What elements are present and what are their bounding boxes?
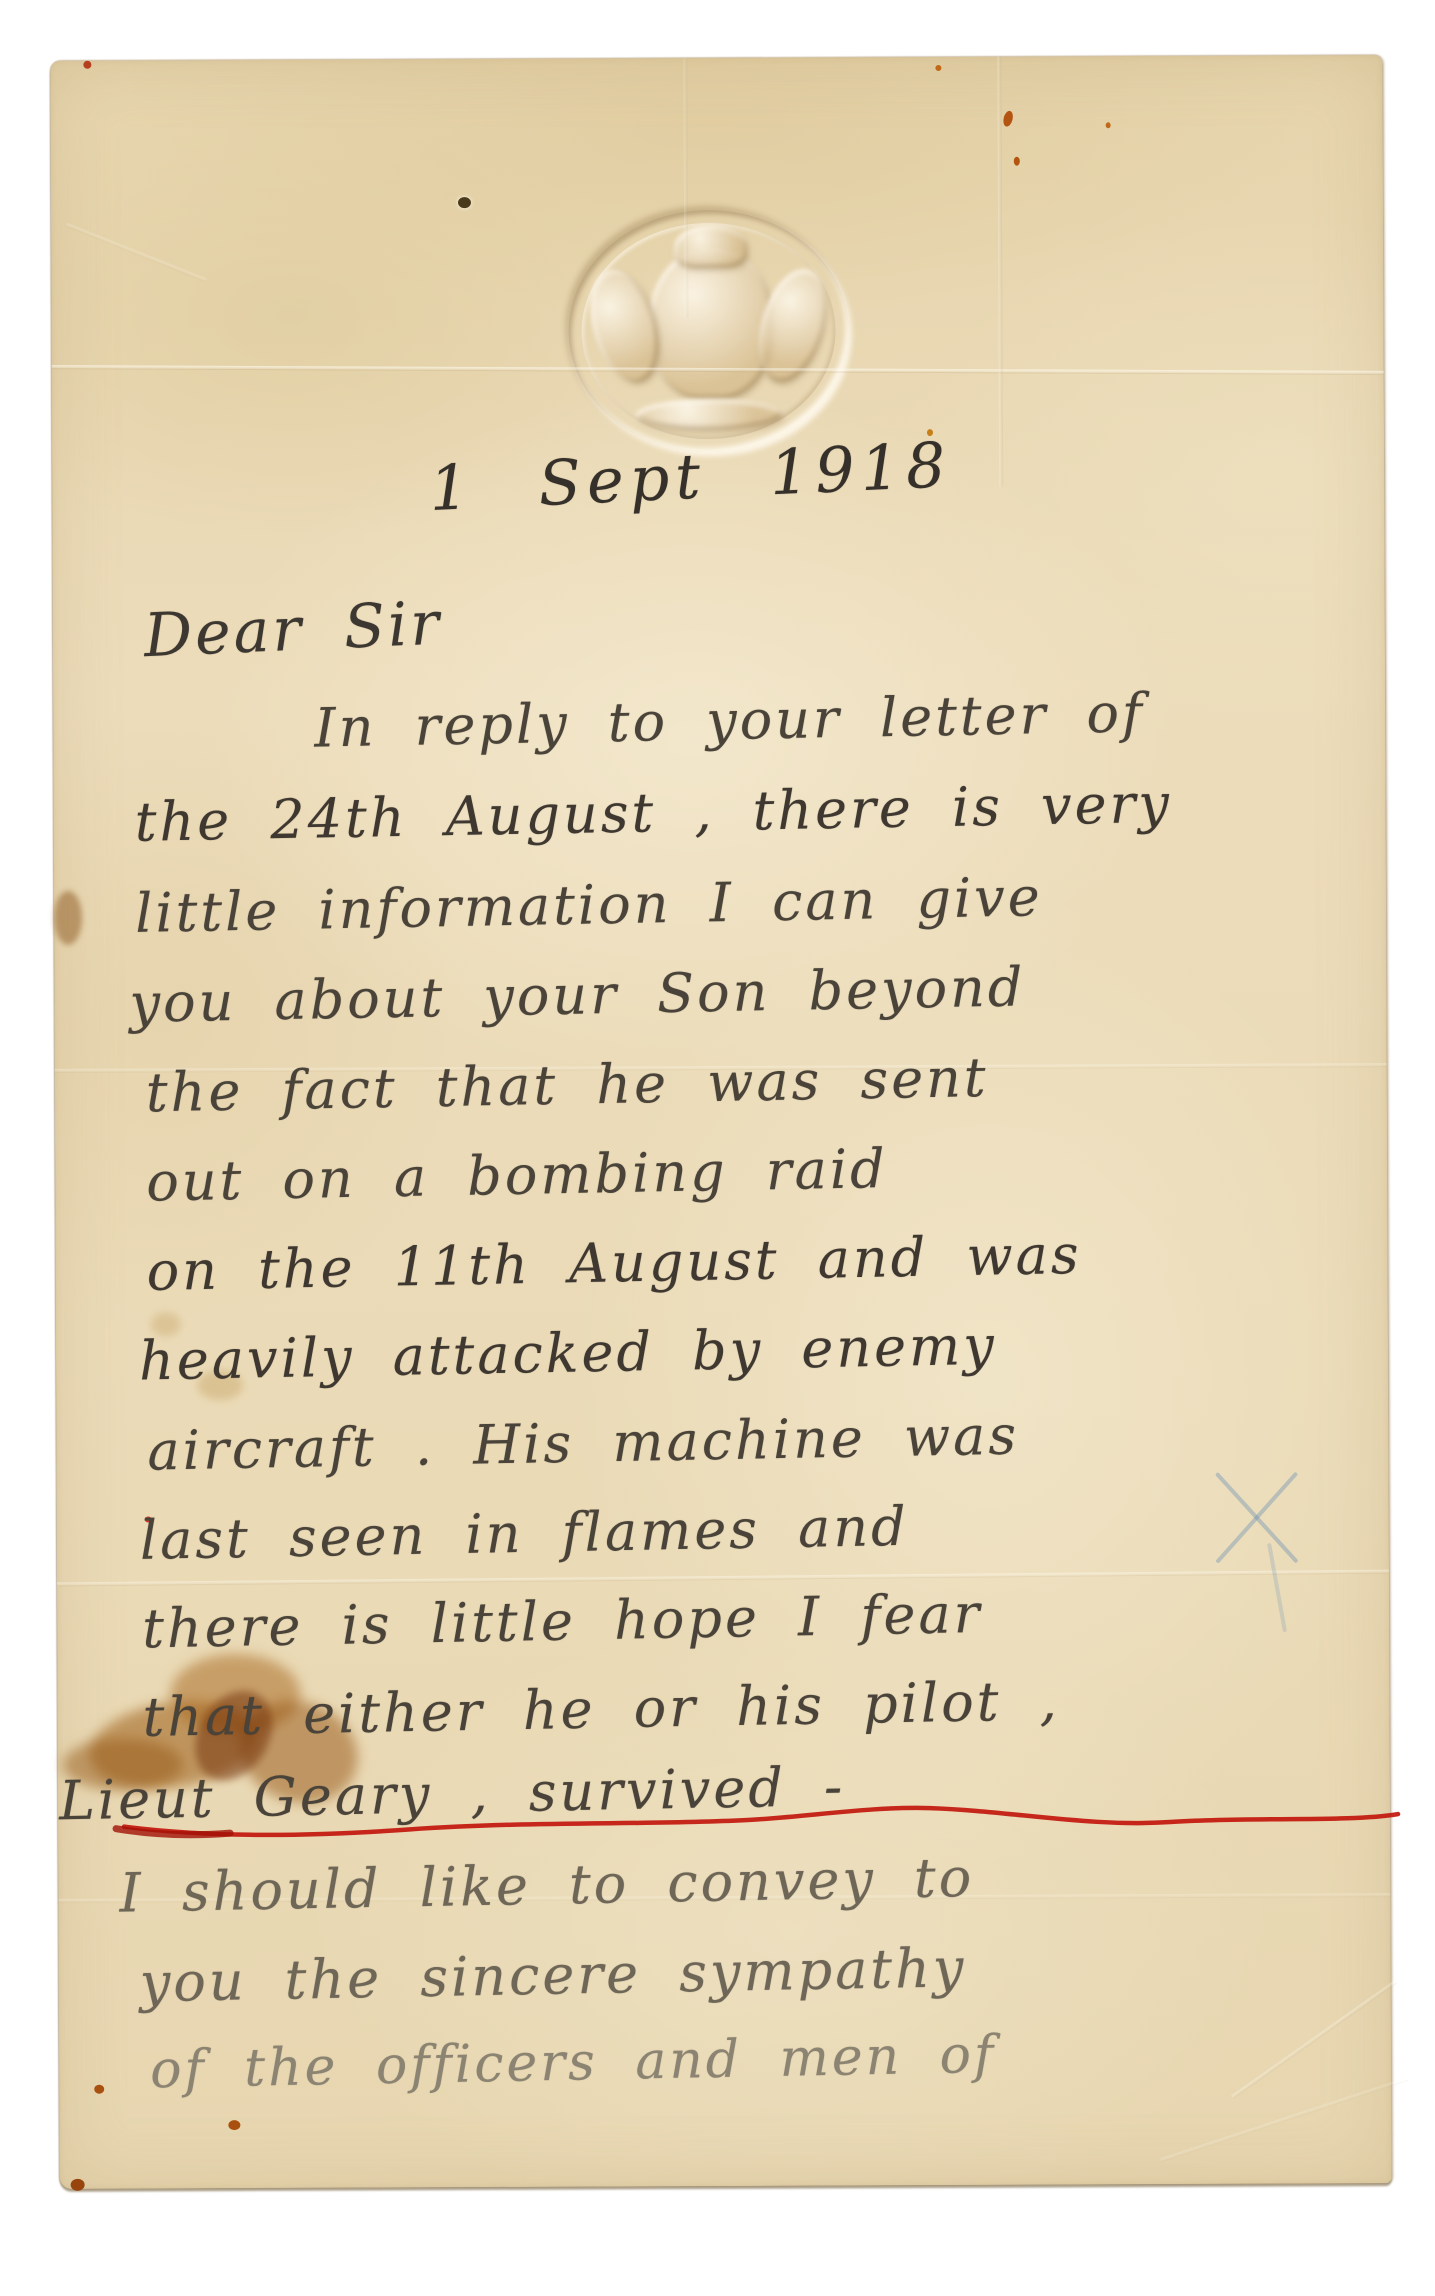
letter-line-7: on the 11th August and was: [146, 1228, 1082, 1299]
blue-pencil-mark: [1215, 1472, 1299, 1564]
stain-mark: [54, 891, 82, 945]
paper-hole-mark: [458, 197, 471, 208]
letter-line-2: the 24th August , there is very: [134, 777, 1172, 850]
letter-page: 1 Sept 1918 Dear Sir In reply to your le…: [50, 55, 1391, 2189]
rust-speck: [94, 2085, 104, 2094]
letter-line-11: there is little hope I fear: [142, 1587, 983, 1656]
letter-line-16: of the officers and men of: [150, 2029, 997, 2096]
scan-background: 1 Sept 1918 Dear Sir In reply to your le…: [0, 0, 1435, 2296]
rust-speck: [1002, 110, 1015, 128]
letter-line-14: I should like to convey to: [119, 1851, 975, 1921]
letter-line-12: that either he or his pilot ,: [142, 1674, 1060, 1745]
letter-line-9: aircraft . His machine was: [147, 1409, 1020, 1479]
letter-line-1: In reply to your letter of: [314, 686, 1146, 755]
blue-pencil-mark: [1215, 1472, 1298, 1564]
letter-salutation: Dear Sir: [143, 594, 443, 667]
fold-crease: [1231, 1980, 1397, 2099]
rust-speck: [1106, 122, 1111, 128]
letter-line-15: you the sincere sympathy: [139, 1941, 966, 2010]
fold-crease: [997, 57, 1003, 487]
letter-date: 1 Sept 1918: [428, 434, 953, 520]
letter-line-3: little information I can give: [135, 870, 1044, 941]
rust-speck: [935, 65, 941, 71]
fold-crease: [1160, 2077, 1408, 2162]
letter-line-8: heavily attacked by enemy: [139, 1319, 998, 1389]
letter-line-4: you about your Son beyond: [129, 960, 1026, 1030]
letter-line-5: the fact that he was sent: [145, 1051, 989, 1120]
letter-line-13: Lieut Geary , survived -: [59, 1760, 846, 1828]
letter-line-10: last seen in flames and: [139, 1500, 909, 1568]
rust-speck: [83, 61, 91, 69]
blue-pencil-mark: [1267, 1543, 1287, 1632]
fold-crease: [57, 1570, 1389, 1587]
embossed-seal-icon: [568, 209, 849, 452]
seal-crest-shield: [649, 248, 773, 399]
fold-crease: [66, 223, 207, 282]
seal-crown: [674, 224, 747, 268]
rust-speck: [1014, 157, 1020, 166]
letter-line-6: out on a bombing raid: [146, 1142, 888, 1210]
rust-speck: [71, 2179, 85, 2191]
rust-speck: [228, 2120, 240, 2130]
